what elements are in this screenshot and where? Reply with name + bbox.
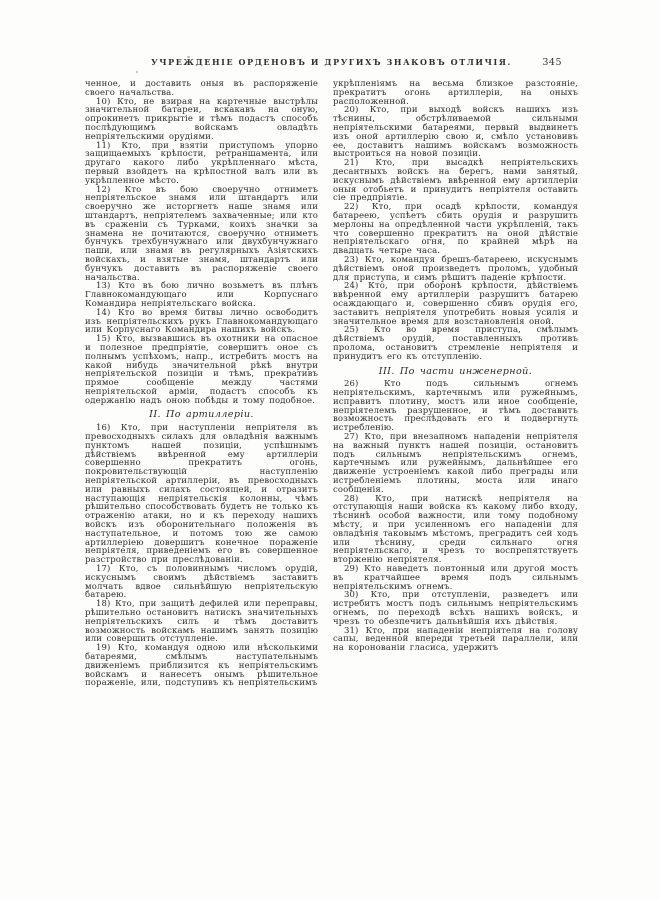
statute-paragraph: 18) Кто, при защитѣ дефилей или переправ… — [85, 600, 318, 644]
statute-paragraph: 12) Кто въ бою своеручно отниметъ непрія… — [85, 186, 318, 283]
page-number: 345 — [542, 57, 562, 68]
statute-paragraph: 20) Кто, при выходѣ войскъ нашихъ изъ тѣ… — [333, 106, 578, 159]
two-column-body: ченное, и доставить оныя въ распоряженіе… — [85, 80, 578, 688]
statute-paragraph: 25) Кто во время приступа, смѣлымъ дѣйст… — [333, 326, 578, 361]
text-block: УЧРЕЖДЕНІЕ ОРДЕНОВЪ И ДРУГИХЪ ЗНАКОВЪ ОТ… — [85, 57, 578, 688]
left-column: ченное, и доставить оныя въ распоряженіе… — [85, 80, 318, 688]
statute-paragraph: ченное, и доставить оныя въ распоряженіе… — [85, 80, 318, 98]
statute-paragraph: 11) Кто, при взятіи приступомъ упорно за… — [85, 142, 318, 186]
statute-paragraph: 13) Кто въ бою лично возьметъ въ плѣнъ Г… — [85, 282, 318, 308]
statute-paragraph: 10) Кто, не взирая на картечные выстрѣлы… — [85, 98, 318, 142]
section-heading: II. По артиллеріи. — [85, 411, 318, 420]
statute-paragraph: 28) Кто, при натискѣ непріятеля на отсту… — [333, 495, 578, 565]
statute-paragraph: 17) Кто, съ половиннымъ числомъ орудій, … — [85, 565, 318, 600]
book-page: УЧРЕЖДЕНІЕ ОРДЕНОВЪ И ДРУГИХЪ ЗНАКОВЪ ОТ… — [0, 0, 660, 900]
statute-paragraph: 30) Кто, при отступленіи, разведетъ или … — [333, 591, 578, 626]
statute-paragraph: 14) Кто во время битвы лично освободитъ … — [85, 309, 318, 335]
right-column: укрѣпленіямъ на весьма близкое разстояні… — [333, 80, 578, 688]
statute-paragraph: 15) Кто, вызвавшись въ охотники на опасн… — [85, 335, 318, 405]
statute-paragraph: 26) Кто подъ сильнымъ огнемъ непріятельс… — [333, 380, 578, 433]
statute-paragraph: 31) Кто, при нападеніи непріятеля на гол… — [333, 627, 578, 653]
statute-paragraph: 24) Кто, при оборонѣ крѣпости, дѣйствіем… — [333, 282, 578, 326]
statute-paragraph: 19) Кто, командуя одною или нѣсколькими … — [85, 644, 318, 688]
running-header: УЧРЕЖДЕНІЕ ОРДЕНОВЪ И ДРУГИХЪ ЗНАКОВЪ ОТ… — [85, 57, 578, 71]
statute-paragraph: 29) Кто наведетъ понтонный или другой мо… — [333, 565, 578, 591]
statute-paragraph: 16) Кто, при наступленіи непріятеля въ п… — [85, 424, 318, 565]
running-header-title: УЧРЕЖДЕНІЕ ОРДЕНОВЪ И ДРУГИХЪ ЗНАКОВЪ ОТ… — [85, 57, 578, 67]
statute-paragraph: укрѣпленіямъ на весьма близкое разстояні… — [333, 80, 578, 106]
section-heading: III. По части инженерной. — [333, 368, 578, 377]
statute-paragraph: 21) Кто, при высадкѣ непріятельскихъ дес… — [333, 159, 578, 203]
statute-paragraph: 23) Кто, командуя брешъ-батареею, искусн… — [333, 256, 578, 282]
statute-paragraph: 22) Кто, при осадѣ крѣпости, командуя ба… — [333, 203, 578, 256]
statute-paragraph: 27) Кто, при внезапномъ нападеніи непрія… — [333, 433, 578, 495]
